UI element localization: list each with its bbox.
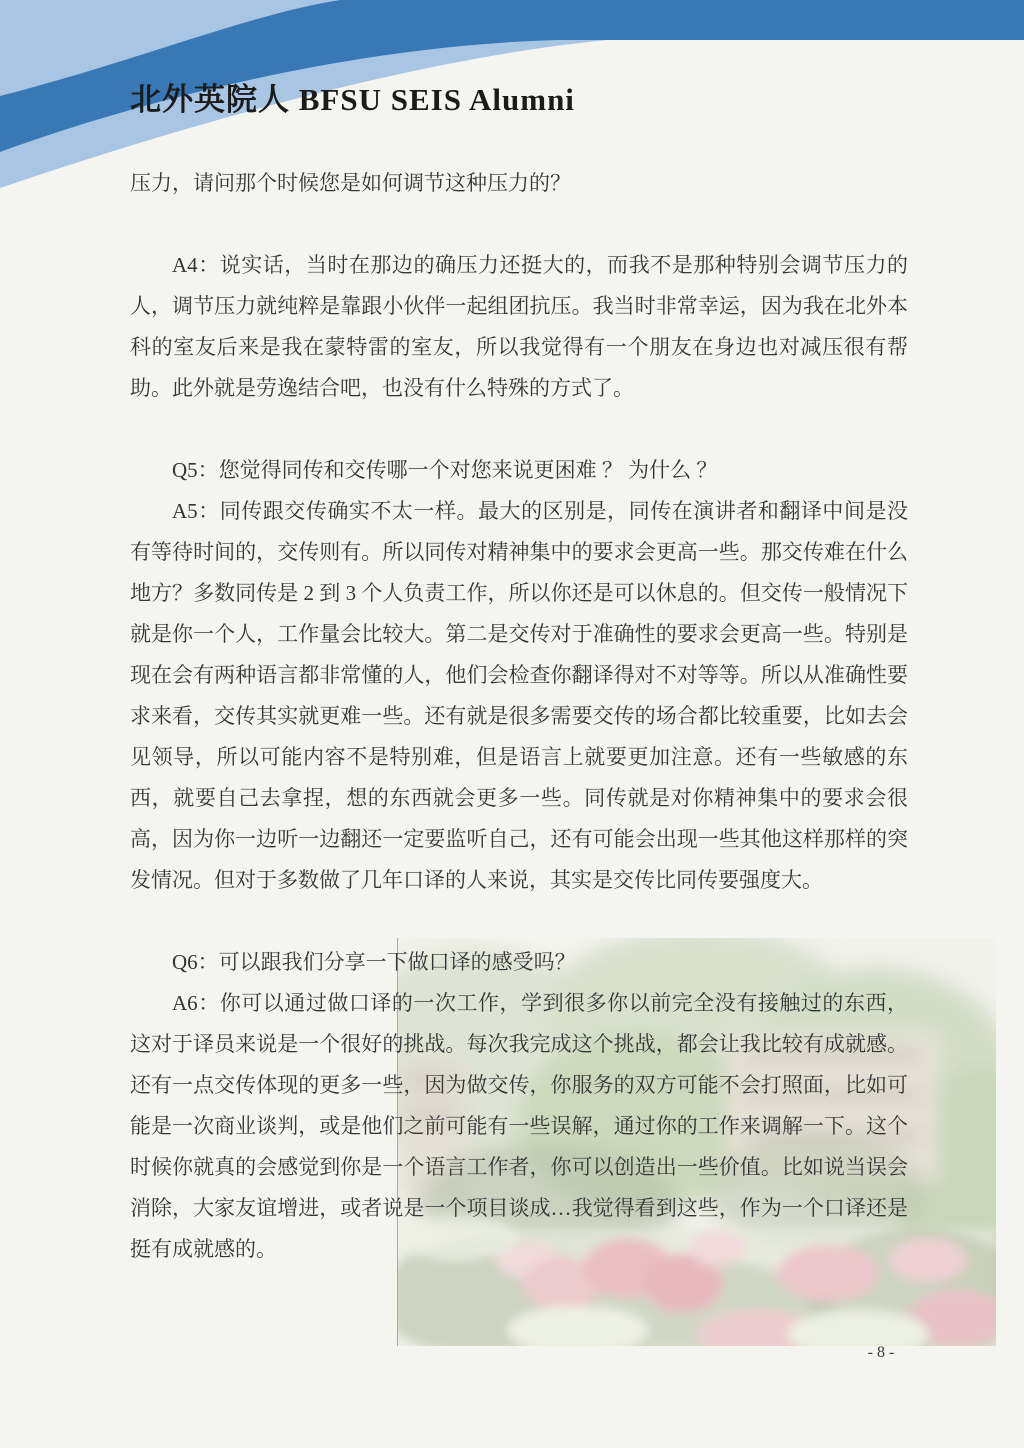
- page-title: 北外英院人 BFSU SEIS Alumni: [130, 74, 575, 119]
- document-page: 北外英院人 BFSU SEIS Alumni: [0, 0, 1024, 1448]
- paragraph-a6: A6：你可以通过做口译的一次工作，学到很多你以前完全没有接触过的东西，这对于译员…: [130, 983, 908, 1270]
- page-number: - 8 -: [845, 1344, 917, 1362]
- paragraph-a4: A4：说实话，当时在那边的确压力还挺大的，而我不是那种特别会调节压力的人，调节压…: [130, 245, 908, 409]
- paragraph-intro: 压力，请问那个时候您是如何调节这种压力的？: [130, 163, 908, 204]
- paragraph-a5: A5：同传跟交传确实不太一样。最大的区别是，同传在演讲者和翻译中间是没有等待时间…: [130, 491, 908, 901]
- article-body: 压力，请问那个时候您是如何调节这种压力的？ A4：说实话，当时在那边的确压力还挺…: [130, 163, 908, 1270]
- paragraph-q6: Q6：可以跟我们分享一下做口译的感受吗？: [130, 942, 908, 983]
- paragraph-q5: Q5：您觉得同传和交传哪一个对您来说更困难 ？ 为什么 ？: [130, 450, 908, 491]
